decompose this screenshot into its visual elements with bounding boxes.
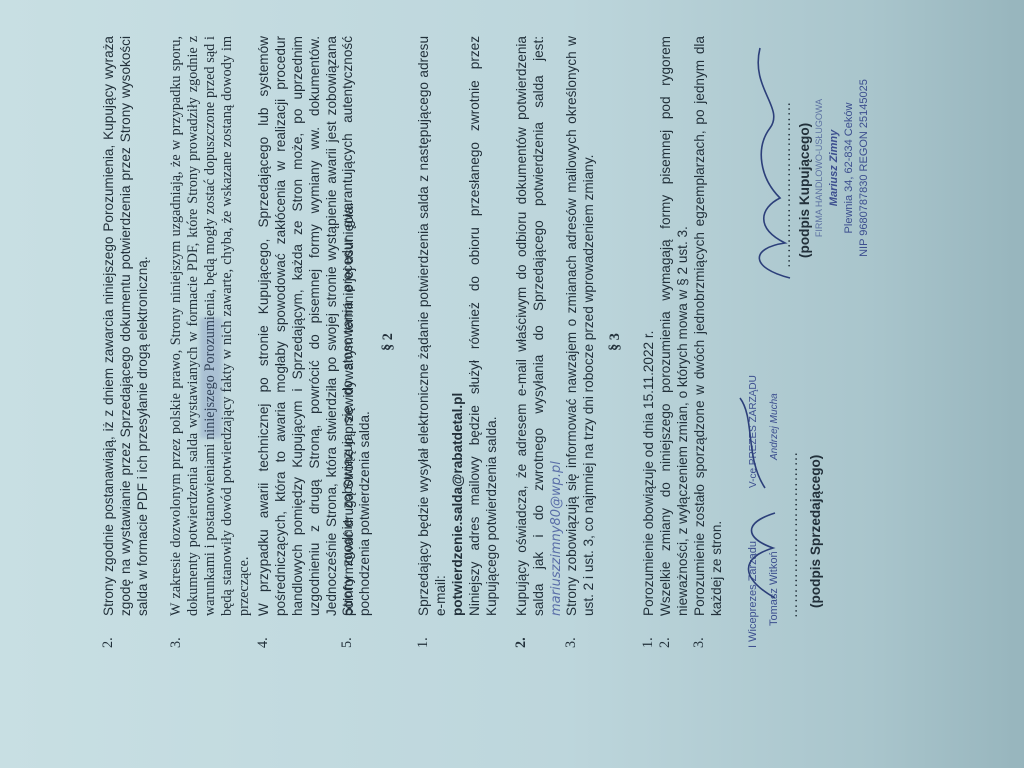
buyer-company-stamp: FIRMA HANDLOWO-USŁUGOWA Mariusz Zimny Pl… <box>812 58 872 278</box>
section-2-title: § 2 <box>380 36 397 648</box>
seller-signature-block: I Wiceprezes Zarządu Tomasz Witkoń V-ce … <box>745 348 855 648</box>
section3-item-3: 3. Porozumienie zostało sporządzone w dw… <box>691 36 725 648</box>
section1-item-5: 5. Strony zgodnie zobowiązują się do sto… <box>339 36 373 648</box>
section1-item-2: 2. Strony zgodnie postanawiają, iż z dni… <box>100 36 151 648</box>
section3-item-2: 2. Wszelkie zmiany do niniejszego porozu… <box>657 36 691 648</box>
section2-item-3: 3. Strony zobowiązują się informować naw… <box>563 36 597 648</box>
section-3-title: § 3 <box>607 36 624 648</box>
section2-item-1: 1. Sprzedający będzie wysyłał elektronic… <box>415 36 500 648</box>
scanned-document-page: 2. Strony zgodnie postanawiają, iż z dni… <box>0 0 1024 768</box>
buyer-signature-block: …………………………… (podpis Kupującego) FIRMA HA… <box>740 28 890 288</box>
buyer-email-handwritten: mariuszzimny80@wp.pl <box>549 461 564 616</box>
seller-signature-label: (podpis Sprzedającego) <box>807 455 824 608</box>
section3-item-1: 1. Porozumienie obowiązuje od dnia 15.11… <box>640 36 657 648</box>
ink-smudge <box>200 318 222 438</box>
buyer-signature-label: (podpis Kupującego) <box>796 123 813 258</box>
section2-item-2: 2. Kupujący oświadcza, że adresem e-mail… <box>513 36 565 648</box>
seller-email: potwierdzenie.salda@rabatdetal.pl <box>450 393 465 616</box>
